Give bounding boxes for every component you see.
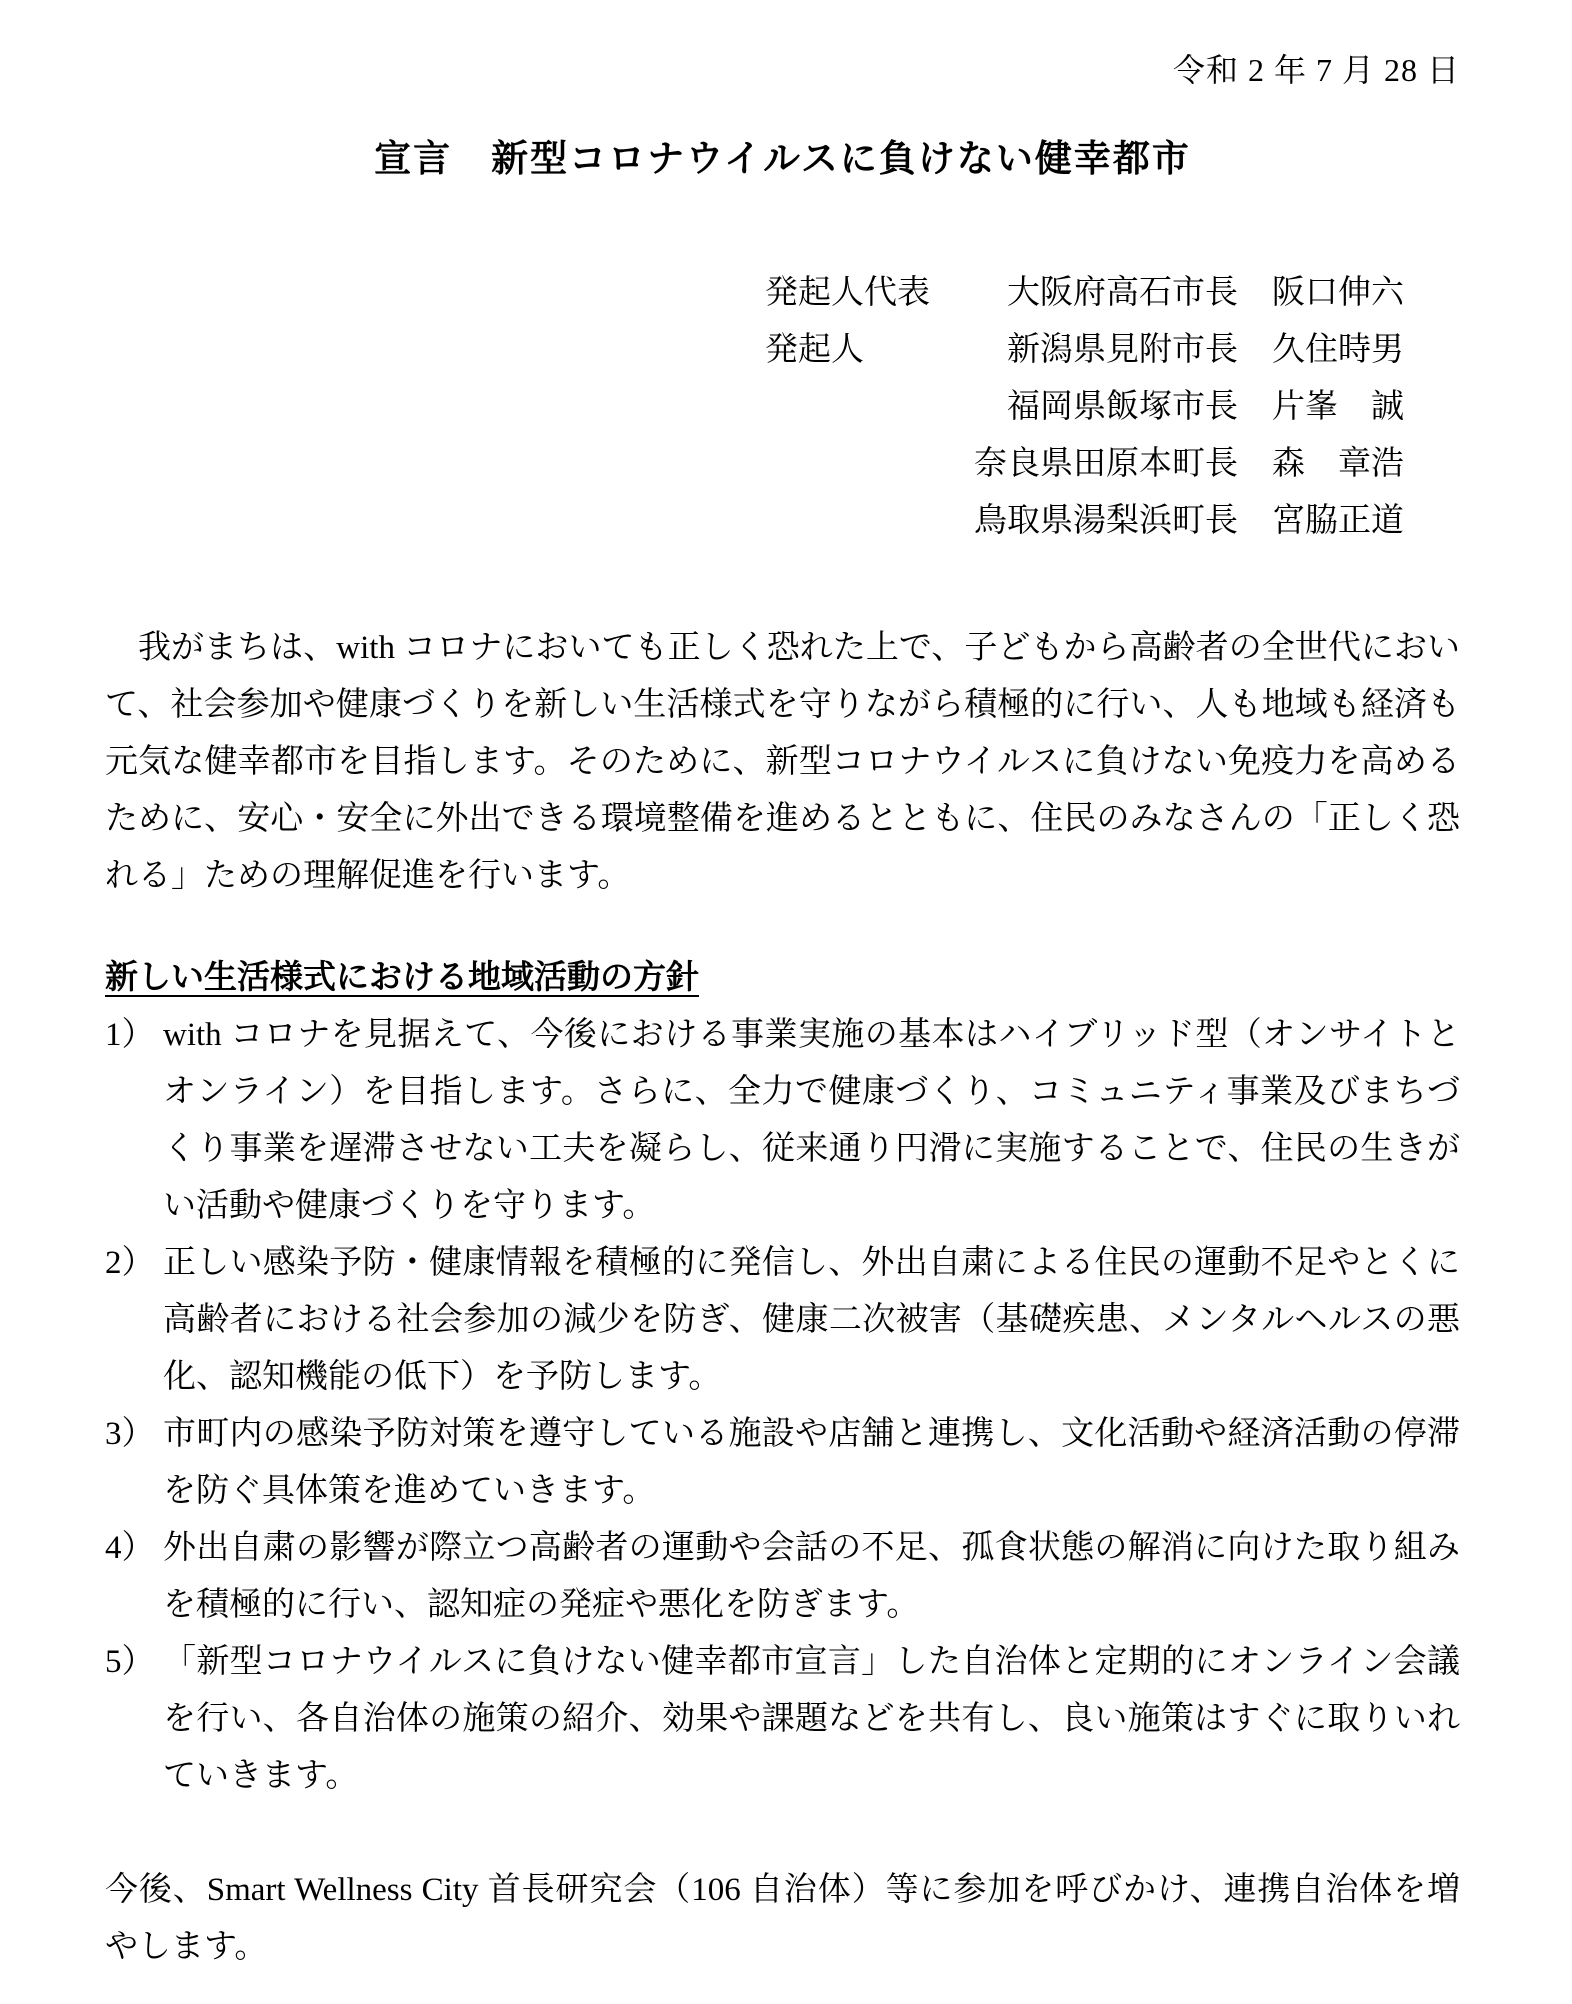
signatory-role: 発起人 xyxy=(765,322,970,379)
policy-item-text: 市町内の感染予防対策を遵守している施設や店舗と連携し、文化活動や経済活動の停滞を… xyxy=(163,1406,1460,1520)
signatory-role xyxy=(765,379,970,436)
closing-paragraph: 今後、Smart Wellness City 首長研究会（106 自治体）等に参… xyxy=(105,1862,1460,1976)
policy-item-text: with コロナを見据えて、今後における事業実施の基本はハイブリッド型（オンサイ… xyxy=(163,1007,1460,1235)
signatory-name: 森 章浩 xyxy=(1238,436,1413,493)
policy-list: 1） with コロナを見据えて、今後における事業実施の基本はハイブリッド型（オ… xyxy=(105,1007,1460,1805)
signatory-title: 大阪府高石市長 xyxy=(970,265,1238,322)
signatory-title: 福岡県飯塚市長 xyxy=(970,379,1238,436)
policy-item: 4） 外出自粛の影響が際立つ高齢者の運動や会話の不足、孤食状態の解消に向けた取り… xyxy=(105,1520,1460,1634)
signatory-title: 新潟県見附市長 xyxy=(970,322,1238,379)
signatory-row: 発起人 新潟県見附市長 久住時男 xyxy=(765,322,1413,379)
signatory-title: 鳥取県湯梨浜町長 xyxy=(970,493,1238,550)
signatory-name: 久住時男 xyxy=(1238,322,1413,379)
policy-item-number: 5） xyxy=(105,1634,163,1805)
signatory-role xyxy=(765,493,970,550)
intro-paragraph: 我がまちは、with コロナにおいても正しく恐れた上で、子どもから高齢者の全世代… xyxy=(105,620,1460,905)
section-heading: 新しい生活様式における地域活動の方針 xyxy=(105,950,699,1007)
signatory-name: 宮脇正道 xyxy=(1238,493,1413,550)
signatory-row: 福岡県飯塚市長 片峯 誠 xyxy=(765,379,1413,436)
policy-item: 5） 「新型コロナウイルスに負けない健幸都市宣言」した自治体と定期的にオンライン… xyxy=(105,1634,1460,1805)
signatory-name: 片峯 誠 xyxy=(1238,379,1413,436)
document-title: 宣言 新型コロナウイルスに負けない健幸都市 xyxy=(105,135,1460,185)
policy-item-number: 3） xyxy=(105,1406,163,1520)
policy-item-number: 1） xyxy=(105,1007,163,1235)
document-page: 令和 2 年 7 月 28 日 宣言 新型コロナウイルスに負けない健幸都市 発起… xyxy=(0,0,1572,2004)
signatory-role: 発起人代表 xyxy=(765,265,970,322)
signatory-row: 発起人代表 大阪府高石市長 阪口伸六 xyxy=(765,265,1413,322)
signatory-row: 奈良県田原本町長 森 章浩 xyxy=(765,436,1413,493)
signatories-block: 発起人代表 大阪府高石市長 阪口伸六 発起人 新潟県見附市長 久住時男 福岡県飯… xyxy=(765,265,1413,550)
policy-item-text: 「新型コロナウイルスに負けない健幸都市宣言」した自治体と定期的にオンライン会議を… xyxy=(163,1634,1460,1805)
policy-item-number: 2） xyxy=(105,1235,163,1406)
policy-item-text: 外出自粛の影響が際立つ高齢者の運動や会話の不足、孤食状態の解消に向けた取り組みを… xyxy=(163,1520,1460,1634)
policy-item: 1） with コロナを見据えて、今後における事業実施の基本はハイブリッド型（オ… xyxy=(105,1007,1460,1235)
signatory-title: 奈良県田原本町長 xyxy=(970,436,1238,493)
document-date: 令和 2 年 7 月 28 日 xyxy=(105,50,1460,90)
signatory-role xyxy=(765,436,970,493)
policy-item: 3） 市町内の感染予防対策を遵守している施設や店舗と連携し、文化活動や経済活動の… xyxy=(105,1406,1460,1520)
policy-item: 2） 正しい感染予防・健康情報を積極的に発信し、外出自粛による住民の運動不足やと… xyxy=(105,1235,1460,1406)
policy-item-text: 正しい感染予防・健康情報を積極的に発信し、外出自粛による住民の運動不足やとくに高… xyxy=(163,1235,1460,1406)
signatory-row: 鳥取県湯梨浜町長 宮脇正道 xyxy=(765,493,1413,550)
policy-item-number: 4） xyxy=(105,1520,163,1634)
signatory-name: 阪口伸六 xyxy=(1238,265,1413,322)
